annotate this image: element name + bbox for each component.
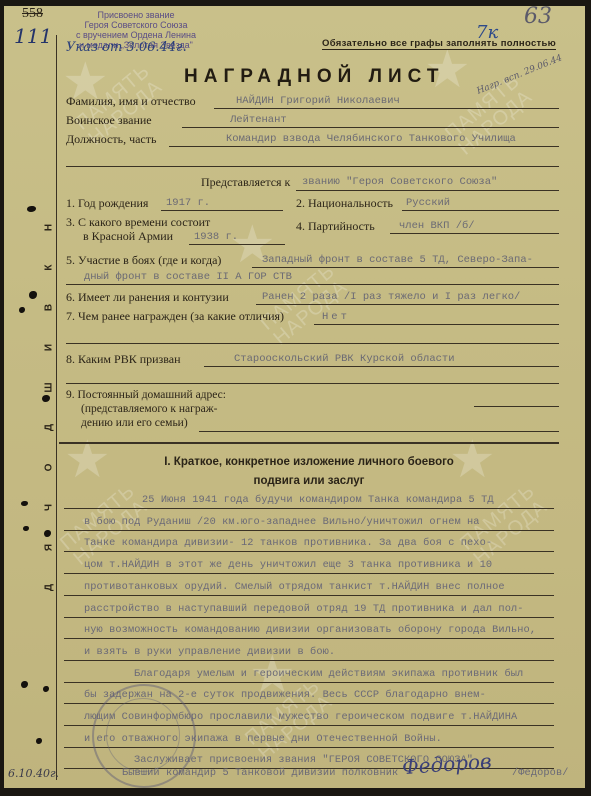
underline — [66, 383, 559, 384]
underline — [64, 530, 554, 531]
underline — [64, 617, 554, 618]
scan-border — [585, 0, 591, 796]
underline — [64, 573, 554, 574]
margin-letter: Ч — [44, 502, 55, 514]
round-stamp — [92, 684, 196, 788]
rank-value: Лейтенант — [230, 114, 287, 126]
army-since-label-2: в Красной Армии — [83, 229, 173, 244]
decree-note: Указ от 3.06.44г. — [66, 40, 187, 55]
mandatory-note: Обязательно все графы заполнять полность… — [322, 38, 556, 50]
underline — [256, 304, 559, 305]
underline — [402, 210, 559, 211]
margin-date: 6.10.40г. — [8, 767, 59, 780]
ink-blot — [27, 206, 36, 212]
battles-value-2: дный фронт в составе II А ГОР СТВ — [84, 271, 292, 283]
watermark-star-icon: ★ — [229, 215, 276, 275]
birth-year-value: 1917 г. — [166, 197, 210, 209]
army-since-value: 1938 г. — [194, 231, 238, 243]
underline — [66, 343, 559, 344]
margin-handwritten-number: 111 — [14, 24, 52, 48]
nationality-label: 2. Национальность — [296, 196, 393, 211]
underline — [161, 210, 283, 211]
ink-blot — [43, 686, 49, 692]
party-value: член ВКП /б/ — [399, 220, 475, 232]
underline — [252, 267, 559, 268]
underline — [64, 682, 554, 683]
wounds-label: 6. Имеет ли ранения и контузии — [66, 290, 229, 305]
underline — [204, 366, 559, 367]
margin-letter: Я — [44, 542, 55, 554]
section-divider — [59, 442, 559, 444]
position-value: Командир взвода Челябинского Танкового У… — [226, 133, 516, 145]
nationality-value: Русский — [406, 197, 450, 209]
feat-line: в бою под Руданиш /20 км.юго-западнее Ви… — [84, 516, 480, 528]
margin-letter: К — [44, 262, 55, 274]
fio-value: НАЙДИН Григорий Николаевич — [236, 95, 400, 107]
feat-line: Благодаря умелым и героическим действиям… — [134, 668, 523, 680]
underline — [390, 233, 559, 234]
underline — [64, 508, 554, 509]
underline — [64, 595, 554, 596]
address-label: 9. Постоянный домашний адрес: — [66, 389, 226, 401]
feat-line: расстройство в наступавший передовой отр… — [84, 603, 524, 615]
rank-label: Воинское звание — [66, 113, 152, 128]
previous-awards-value: Нет — [322, 311, 350, 323]
underline — [199, 431, 559, 432]
birth-year-label: 1. Год рождения — [66, 196, 148, 211]
party-label: 4. Партийность — [296, 219, 375, 234]
underline — [214, 108, 559, 109]
feat-line: ную возможность командованию дивизии орг… — [84, 624, 536, 636]
margin-letter: Ш — [44, 382, 55, 394]
signature-name: /Федоров/ — [512, 767, 569, 779]
margin-letter: Н — [44, 222, 55, 234]
underline — [66, 166, 559, 167]
address-label-2: (представляемого к награж- — [81, 403, 217, 415]
scan-border — [0, 788, 591, 796]
ink-blot — [44, 530, 51, 537]
battles-value-1: Западный фронт в составе 5 ТД, Северо-За… — [262, 254, 533, 266]
battles-label: 5. Участие в боях (где и когда) — [66, 253, 221, 268]
nominated-value: званию "Героя Советского Союза" — [302, 176, 497, 188]
feat-line: цом т.НАЙДИН в этот же день уничтожил ещ… — [84, 559, 492, 571]
address-label-3: дению или его семьи) — [81, 417, 188, 429]
feat-line: противотанковых орудий. Смелый отрядом т… — [84, 581, 505, 593]
margin-letter: Д — [44, 582, 55, 594]
margin-letter: В — [44, 302, 55, 314]
underline — [296, 190, 559, 191]
underline — [474, 406, 559, 407]
ink-blot — [21, 501, 28, 506]
stamp-line: Героя Советского Союза — [66, 20, 206, 30]
margin-line — [56, 35, 57, 780]
feat-line: 25 Июня 1941 года будучи командиром Танк… — [142, 494, 494, 506]
page-title: НАГРАДНОЙ ЛИСТ — [184, 66, 444, 88]
ink-blot — [42, 395, 50, 402]
position-label: Должность, часть — [66, 132, 156, 147]
signature: Федоров — [401, 749, 492, 779]
fio-label: Фамилия, имя и отчество — [66, 94, 196, 109]
underline — [182, 127, 559, 128]
ink-blot — [23, 526, 29, 531]
archive-number: 558 — [22, 6, 43, 22]
feat-line: и взять в руки управление дивизии в бою. — [84, 646, 335, 658]
ink-blot — [36, 738, 42, 744]
rvk-label: 8. Каким РВК призван — [66, 352, 181, 367]
underline — [66, 284, 559, 285]
nominated-label: Представляется к — [201, 175, 290, 190]
wounds-value: Ранен 2 раза /I раз тяжело и I раз легко… — [262, 291, 520, 303]
page-number-handwritten: 63 — [524, 4, 552, 29]
margin-letter: Д — [44, 422, 55, 434]
rvk-value: Старооскольский РВК Курской области — [234, 353, 455, 365]
award-sheet-page: ★ ПАМЯТЬНАРОДА ★ ПАМЯТЬНАРОДА ★ ПАМЯТЬНА… — [4, 0, 587, 790]
feat-heading: I. Краткое, конкретное изложение личного… — [104, 456, 514, 468]
underline — [64, 660, 554, 661]
underline — [64, 638, 554, 639]
underline — [169, 146, 559, 147]
ink-blot — [21, 681, 28, 688]
margin-letter: О — [44, 462, 55, 474]
ink-blot — [19, 307, 25, 313]
previous-awards-label: 7. Чем ранее награжден (за какие отличия… — [66, 309, 284, 324]
feat-line: Танке командира дивизии- 12 танков проти… — [84, 537, 492, 549]
underline — [189, 244, 285, 245]
scan-border — [0, 0, 591, 6]
stamp-line: Присвоено звание — [66, 10, 206, 20]
feat-heading-2: подвига или заслуг — [104, 475, 514, 487]
underline — [64, 551, 554, 552]
margin-letter: И — [44, 342, 55, 354]
stamp-line: с вручением Ордена Ленина — [66, 30, 206, 40]
army-since-label: 3. С какого времени состоит — [66, 215, 210, 230]
underline — [314, 324, 559, 325]
ink-blot — [29, 291, 37, 299]
